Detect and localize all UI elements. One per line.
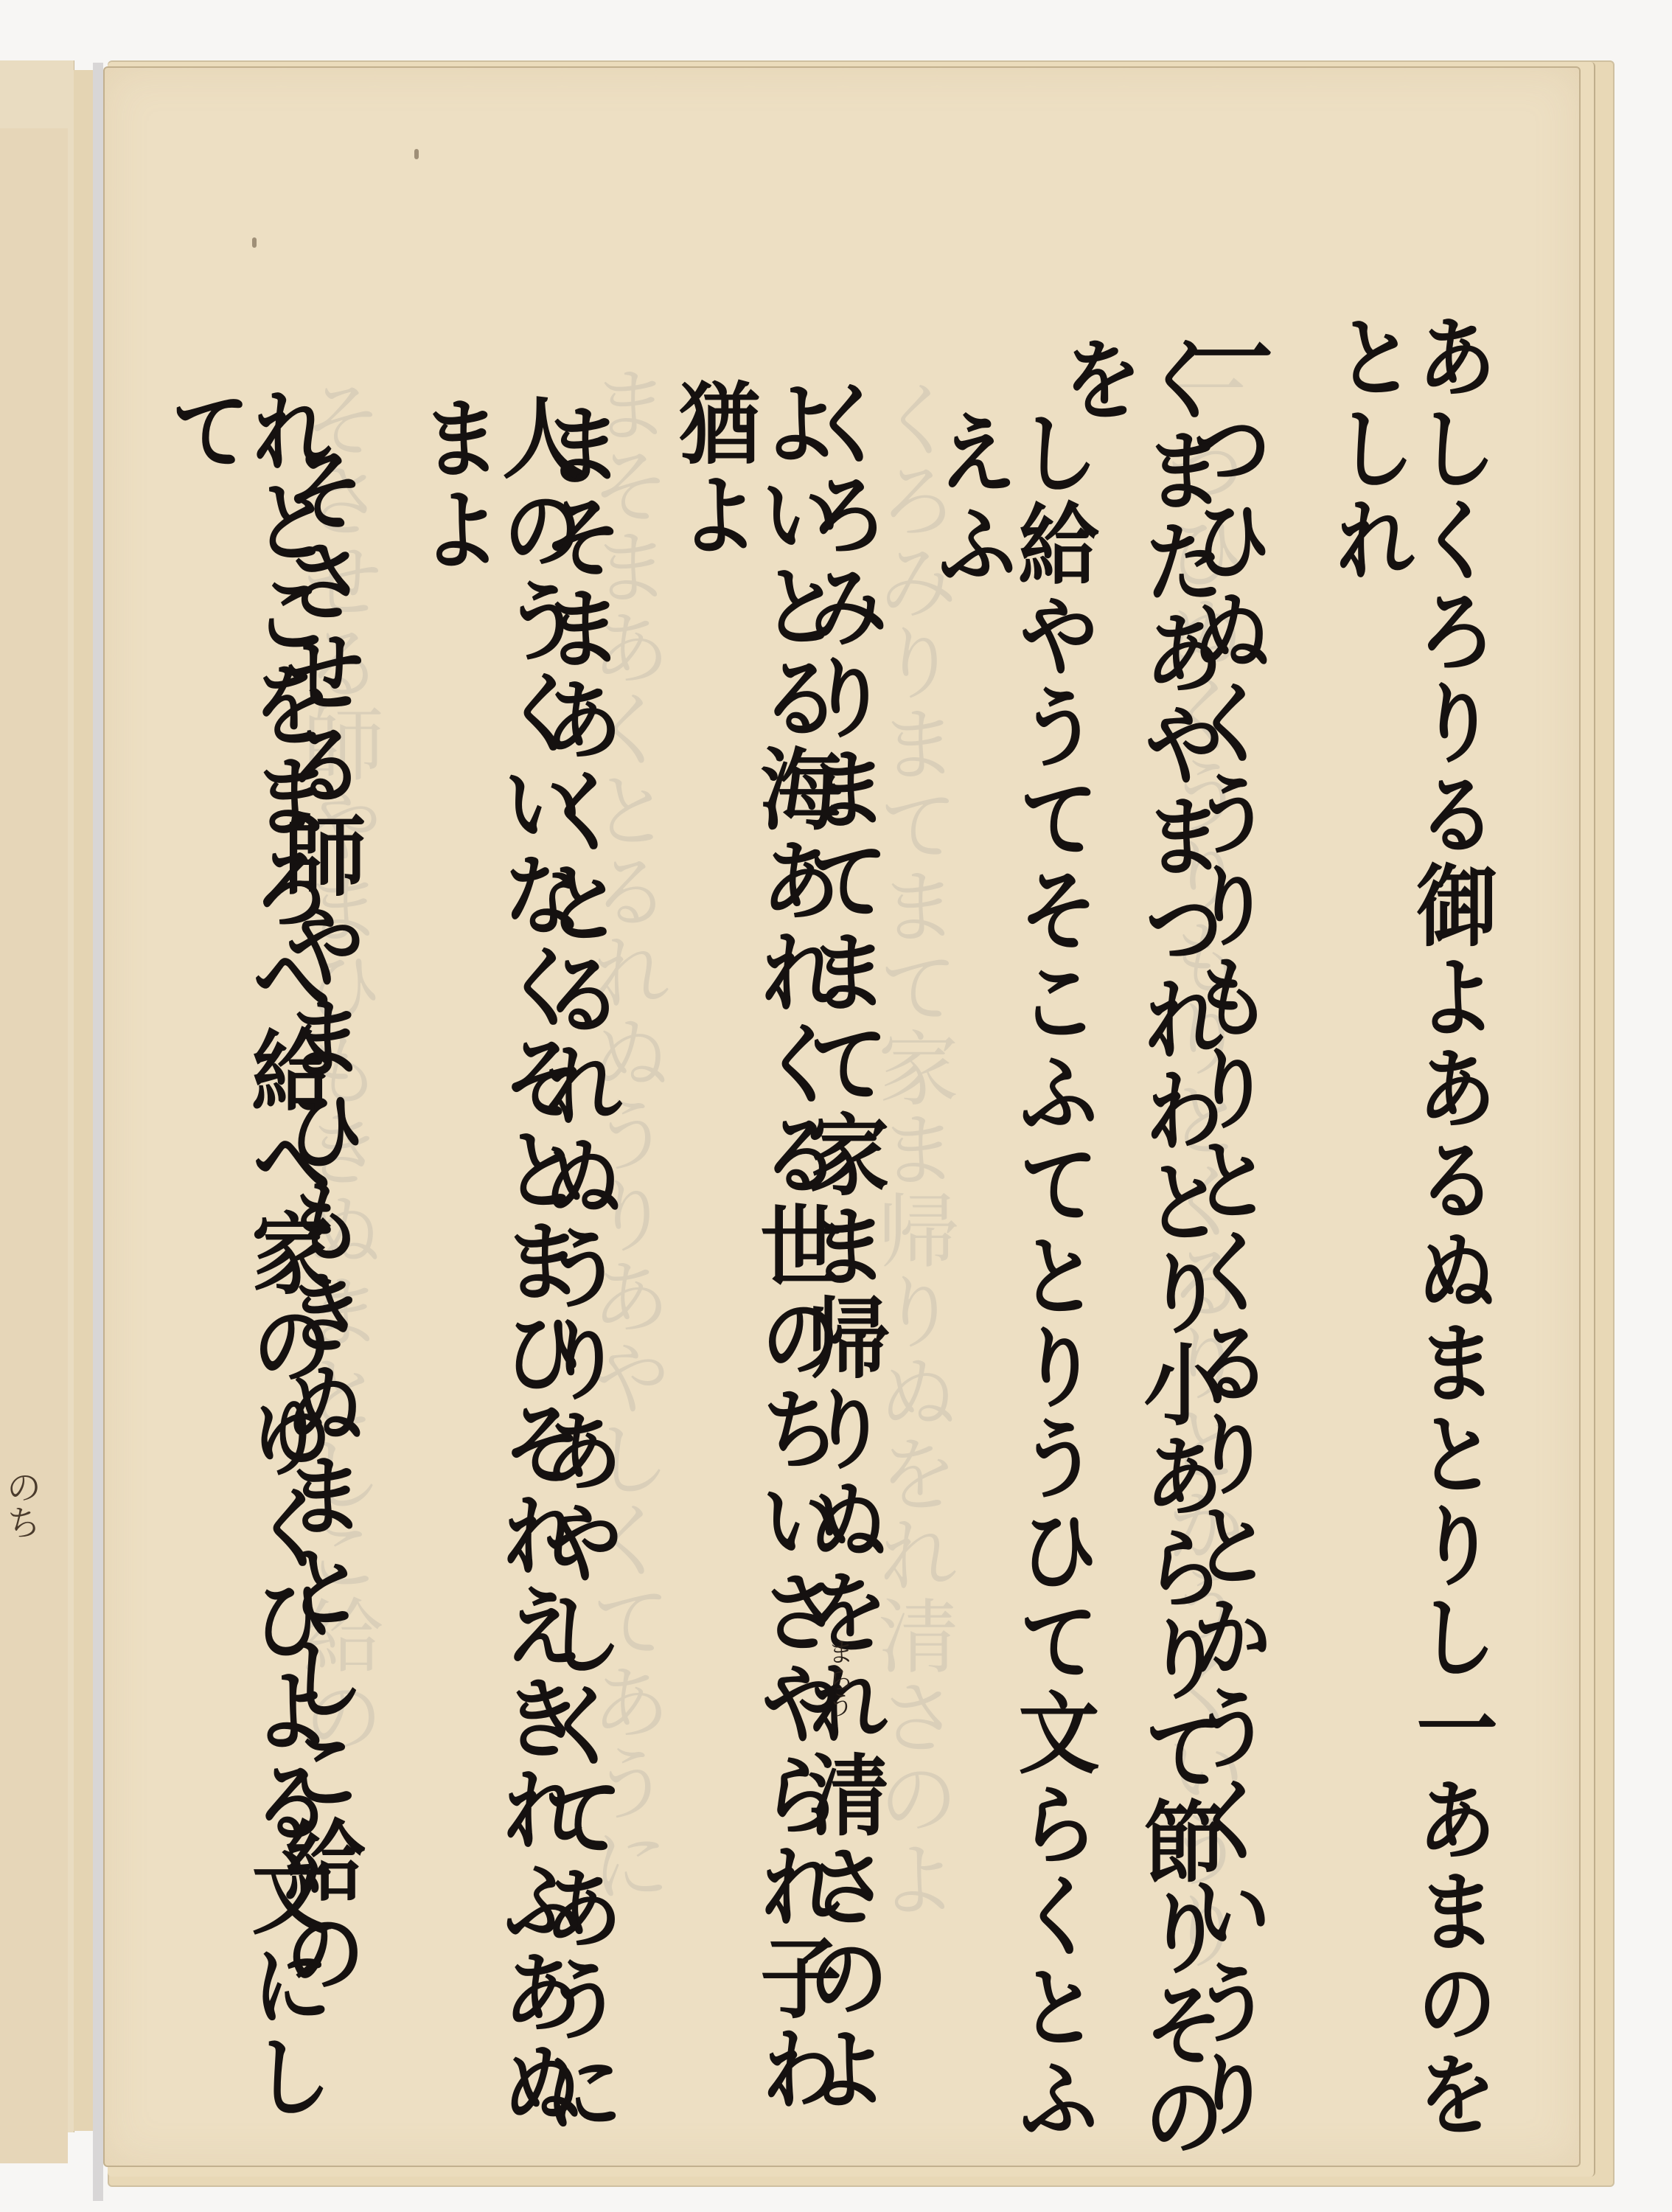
paper-speck: [414, 149, 419, 159]
text-column-8: 人のうくいなくそとまひそれえきれふあぬまよ: [414, 392, 577, 2166]
left-page-fold: [74, 70, 94, 2131]
text-column-1: あしくろりる御よあるぬまとりし一あまのをとしれ: [1328, 311, 1491, 2166]
interlinear-annotation: まらう: [820, 1638, 857, 1718]
text-column-10: れとこをまろへ給へ家のゆくひよる文にして: [164, 385, 327, 2166]
left-page-margin-note: のち: [0, 1469, 46, 1540]
right-page: 一つひぬくうりもりとくるりとかうくいうり くろみりまてまて家ま帰りぬをれ清さのよ…: [103, 66, 1581, 2167]
book-gutter: [93, 63, 103, 2201]
left-page: のち: [0, 60, 74, 2132]
text-column-4: し給やうてそこふてとりうひて文らくとふえふ: [930, 407, 1093, 2166]
text-column-6: よいとる海あれくる世のちいさやられ子わ猶よ: [672, 378, 835, 2166]
paper-speck: [252, 237, 257, 248]
left-page-leaf: [0, 128, 68, 2163]
